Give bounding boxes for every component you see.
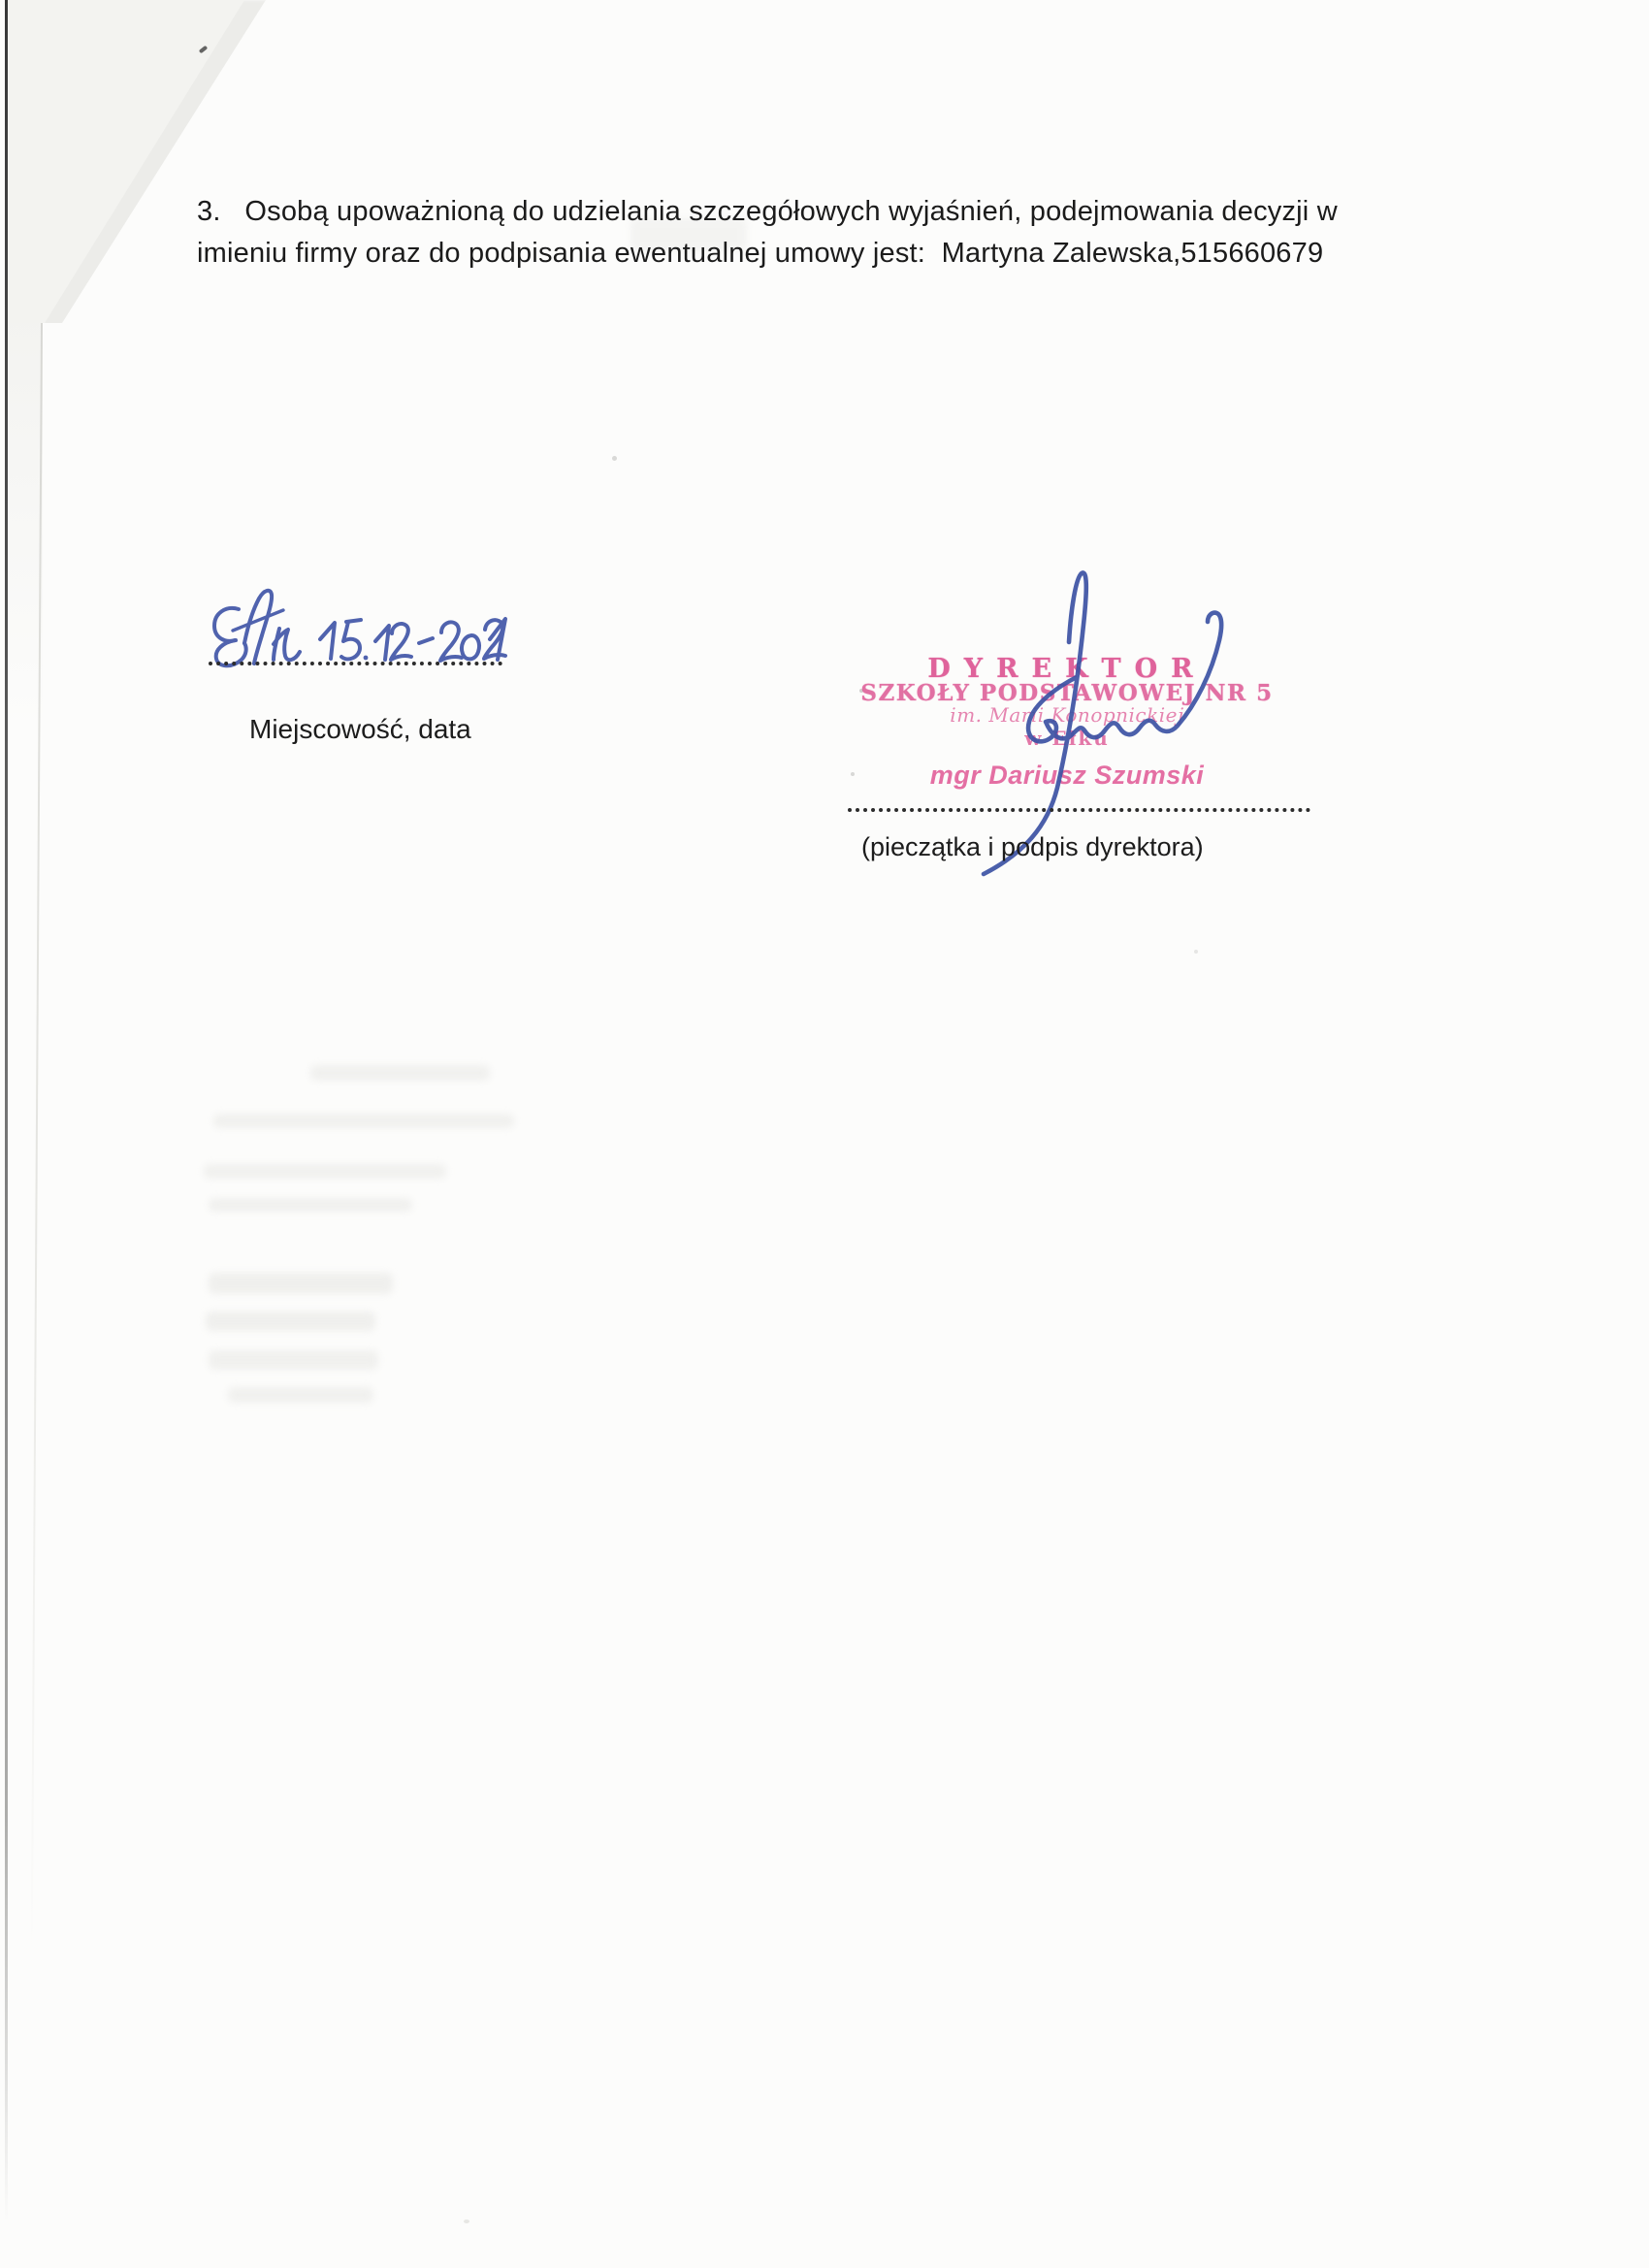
bleed-through-ghost bbox=[206, 1312, 375, 1331]
scanned-document-page: 3. Osobą upoważnioną do udzielania szcze… bbox=[0, 0, 1649, 2268]
fold-strip-shading bbox=[7, 323, 43, 730]
paragraph-line-2: imieniu firmy oraz do podpisania ewentua… bbox=[197, 238, 1323, 270]
bleed-through-ghost bbox=[213, 1114, 514, 1128]
bleed-through-ghost bbox=[204, 1164, 446, 1179]
bleed-through-ghost bbox=[209, 1350, 378, 1370]
paragraph-line-1: 3. Osobą upoważnioną do udzielania szcze… bbox=[197, 196, 1338, 228]
bleed-through-ghost bbox=[209, 1198, 412, 1212]
bleed-through-ghost bbox=[228, 1387, 373, 1403]
dotted-line-place-date bbox=[209, 662, 502, 665]
handwritten-place-date-ink bbox=[199, 567, 519, 674]
scan-speck bbox=[612, 456, 617, 461]
bleed-through-ghost bbox=[310, 1065, 490, 1081]
bleed-through-ghost bbox=[209, 1273, 393, 1294]
stamp-signature-label: (pieczątka i podpis dyrektora) bbox=[861, 832, 1204, 862]
scan-edge-line bbox=[5, 0, 8, 2268]
scan-speck bbox=[1194, 950, 1198, 954]
scan-speck bbox=[464, 2219, 469, 2223]
dotted-line-stamp-signature bbox=[848, 808, 1310, 812]
place-date-label: Miejscowość, data bbox=[249, 714, 471, 745]
